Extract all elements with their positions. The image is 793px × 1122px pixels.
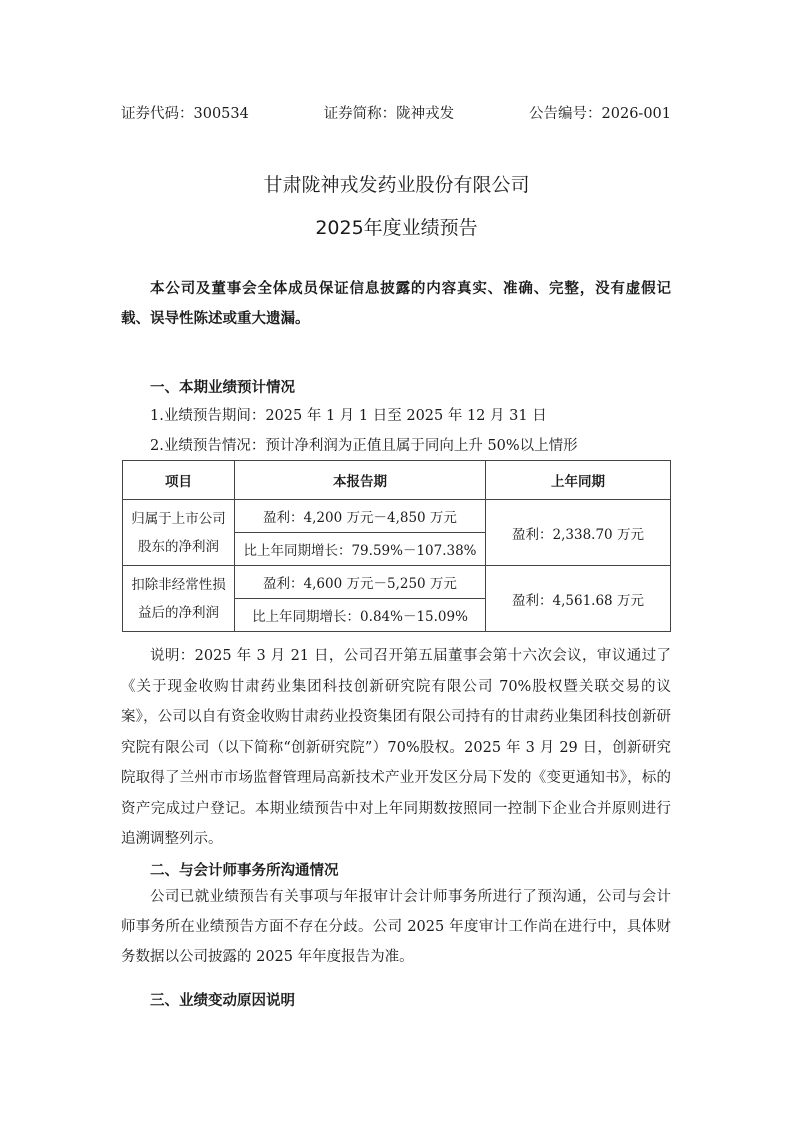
current-growth: 比上年同期增长：0.84%－15.09% (235, 599, 486, 632)
item-label-line: 益后的净利润 (123, 599, 234, 627)
section3-heading: 三、业绩变动原因说明 (150, 989, 295, 1010)
disclaimer: 本公司及董事会全体成员保证信息披露的内容真实、准确、完整，没有虚假记载、误导性陈… (121, 274, 671, 334)
company-title: 甘肃陇神戎发药业股份有限公司 (0, 170, 793, 197)
prior-profit: 盈利：2,338.70 万元 (486, 500, 671, 566)
prior-profit: 盈利：4,561.68 万元 (486, 566, 671, 632)
announcement-header: 证券代码：300534 证券简称：陇神戎发 公告编号：2026-001 (121, 102, 671, 123)
performance-table: 项目 本报告期 上年同期 归属于上市公司 股东的净利润 盈利：4,200 万元－… (122, 460, 671, 632)
section1-heading: 一、本期业绩预计情况 (150, 376, 295, 397)
table-row: 扣除非经常性损 益后的净利润 盈利：4,600 万元－5,250 万元 盈利：4… (123, 566, 671, 599)
row-item-label: 归属于上市公司 股东的净利润 (123, 500, 235, 566)
item-label-line: 扣除非经常性损 (123, 571, 234, 599)
forecast-situation: 2.业绩预告情况：预计净利润为正值且属于同向上升 50%以上情形 (150, 434, 578, 455)
forecast-period: 1.业绩预告期间：2025 年 1 月 1 日至 2025 年 12 月 31 … (150, 404, 547, 425)
announcement-number: 公告编号：2026-001 (529, 102, 671, 123)
section2-body: 公司已就业绩预告有关事项与年报审计会计师事务所进行了预沟通，公司与会计师事务所在… (121, 882, 671, 972)
current-growth: 比上年同期增长：79.59%－107.38% (235, 533, 486, 566)
current-profit: 盈利：4,200 万元－4,850 万元 (235, 500, 486, 533)
current-profit: 盈利：4,600 万元－5,250 万元 (235, 566, 486, 599)
stock-code: 证券代码：300534 (121, 102, 249, 123)
document-page: 证券代码：300534 证券简称：陇神戎发 公告编号：2026-001 甘肃陇神… (0, 0, 793, 1122)
item-label-line: 股东的净利润 (123, 533, 234, 561)
explanation-note: 说明：2025 年 3 月 21 日，公司召开第五届董事会第十六次会议，审议通过… (121, 641, 671, 855)
document-title: 2025年度业绩预告 (0, 213, 793, 240)
item-label-line: 归属于上市公司 (123, 505, 234, 533)
header-item: 项目 (123, 461, 235, 500)
header-current-period: 本报告期 (235, 461, 486, 500)
table-row: 归属于上市公司 股东的净利润 盈利：4,200 万元－4,850 万元 盈利：2… (123, 500, 671, 533)
section2-heading: 二、与会计师事务所沟通情况 (150, 859, 339, 880)
row-item-label: 扣除非经常性损 益后的净利润 (123, 566, 235, 632)
table-header-row: 项目 本报告期 上年同期 (123, 461, 671, 500)
header-prior-period: 上年同期 (486, 461, 671, 500)
stock-abbreviation: 证券简称：陇神戎发 (324, 102, 455, 123)
